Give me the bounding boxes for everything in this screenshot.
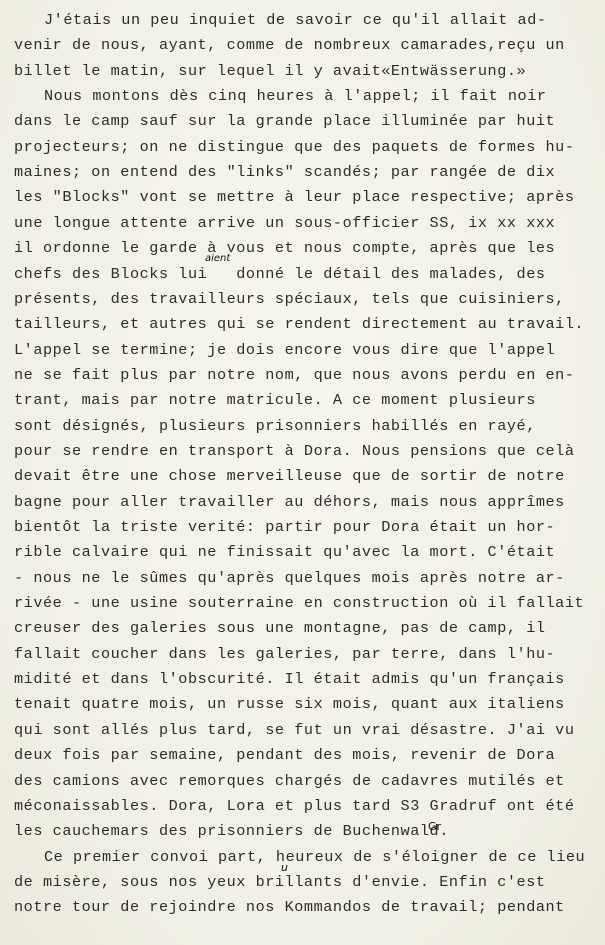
text-line: qui sont allés plus tard, se fut un vrai… [14, 720, 575, 740]
handwritten-annotation-aient: aient [205, 253, 230, 264]
text-line: billet le matin, sur lequel il y avait«E… [14, 61, 526, 81]
text-line: fallait coucher dans les galeries, par t… [14, 644, 555, 664]
text-line: Ce premier convoi part, heureux de s'élo… [44, 847, 585, 867]
text-line: venir de nous, ayant, comme de nombreux … [14, 35, 565, 55]
text-line: projecteurs; on ne distingue que des paq… [14, 137, 575, 157]
text-line: rible calvaire qui ne finissait qu'avec … [14, 542, 555, 562]
text-line: dans le camp sauf sur la grande place il… [14, 111, 555, 131]
text-line: devait être une chose merveilleuse que d… [14, 466, 565, 486]
text-line: bientôt la triste verité: partir pour Do… [14, 517, 555, 537]
text-line: tailleurs, et autres qui se rendent dire… [14, 314, 584, 334]
text-line: des camions avec remorques chargés de ca… [14, 771, 565, 791]
text-line: deux fois par semaine, pendant des mois,… [14, 745, 555, 765]
text-line: présents, des travailleurs spéciaux, tel… [14, 289, 565, 309]
text-line: pour se rendre en transport à Dora. Nous… [14, 441, 575, 461]
handwritten-annotation-gr: Gr [428, 820, 441, 833]
text-line: de misère, sous nos yeux brillants d'env… [14, 872, 546, 892]
text-line: une longue attente arrive un sous-offici… [14, 213, 555, 233]
text-line: L'appel se termine; je dois encore vous … [14, 340, 555, 360]
typewritten-page: J'étais un peu inquiet de savoir ce qu'i… [0, 0, 605, 945]
text-line: les cauchemars des prisonniers de Buchen… [14, 821, 449, 841]
text-line: chefs des Blocks lui donné le détail des… [14, 264, 546, 284]
text-line: Nous montons dès cinq heures à l'appel; … [44, 86, 547, 106]
text-line: maines; on entend des "links" scandés; p… [14, 162, 555, 182]
text-line: sont désignés, plusieurs prisonniers hab… [14, 416, 536, 436]
handwritten-annotation-u: u [281, 861, 288, 874]
text-line: notre tour de rejoindre nos Kommandos de… [14, 897, 565, 917]
text-line: bagne pour aller travailler au déhors, m… [14, 492, 565, 512]
text-line: midité et dans l'obscurité. Il était adm… [14, 669, 565, 689]
text-line: il ordonne le garde à vous et nous compt… [14, 238, 555, 258]
text-line: méconaissables. Dora, Lora et plus tard … [14, 796, 575, 816]
text-line: ne se fait plus par notre nom, que nous … [14, 365, 575, 385]
text-line: les "Blocks" vont se mettre à leur place… [14, 187, 575, 207]
text-line: J'étais un peu inquiet de savoir ce qu'i… [44, 10, 547, 30]
text-line: creuser des galeries sous une montagne, … [14, 618, 546, 638]
text-line: trant, mais par notre matricule. A ce mo… [14, 390, 536, 410]
text-line: tenait quatre mois, un russe six mois, q… [14, 694, 565, 714]
text-line: rivée - une usine souterraine en constru… [14, 593, 584, 613]
text-line: - nous ne le sûmes qu'après quelques moi… [14, 568, 565, 588]
